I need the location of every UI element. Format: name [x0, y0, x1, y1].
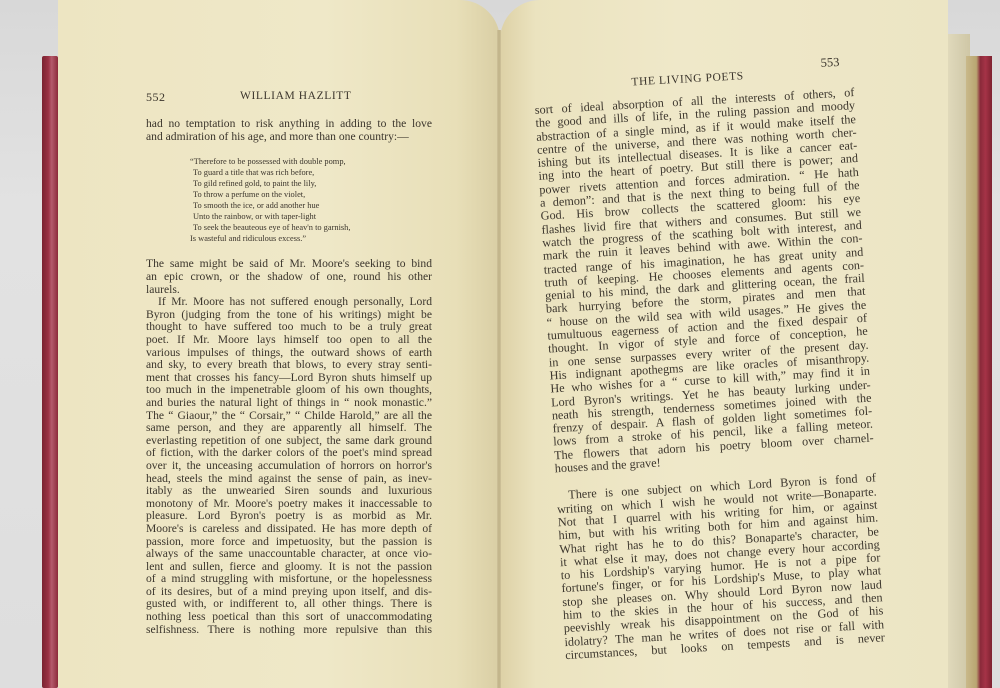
right-page-text: THE LIVING POETS 553 sort of ideal absor… — [532, 42, 885, 662]
text-line: nothing less poetical than this sort of … — [146, 611, 432, 624]
quote-line: To smooth the ice, or add another hue — [190, 201, 432, 212]
paragraph: There is one subject on which Lord Byron… — [556, 472, 885, 662]
text-line: same person, and they are apparently all… — [146, 422, 432, 435]
text-line: poet. If Mr. Moore lays himself too open… — [146, 334, 432, 347]
left-page-header: 552 WILLIAM HAZLITT — [146, 84, 432, 106]
text-line: and buries the natural light of things i… — [146, 397, 432, 410]
text-line: an epic crown, or the shadow of one, rou… — [146, 271, 432, 284]
quote-line: “Therefore to be possessed with double p… — [190, 157, 432, 168]
book-gutter — [497, 30, 501, 688]
text-line: always of the same unaccountable charact… — [146, 548, 432, 561]
text-line: had no temptation to risk anything in ad… — [146, 118, 432, 131]
left-page-text: 552 WILLIAM HAZLITT had no temptation to… — [146, 84, 432, 636]
text-line: over it, the unceasing accumulation of h… — [146, 460, 432, 473]
quote-line: Unto the rainbow, or with taper-light — [190, 212, 432, 223]
text-line: Moore's is careless and dissipated. He h… — [146, 523, 432, 536]
block-quotation: “Therefore to be possessed with double p… — [190, 157, 432, 244]
quote-line: To seek the beauteous eye of heav'n to g… — [190, 223, 432, 234]
paragraph: If Mr. Moore has not suffered enough per… — [146, 296, 432, 636]
text-line: selfishness. There is nothing more repul… — [146, 624, 432, 637]
book-cover-left-edge — [42, 56, 58, 688]
text-line: of a mind struggling with misfortune, or… — [146, 573, 432, 586]
text-line: and sky, to every breath that blows, to … — [146, 359, 432, 372]
quote-line: To guard a title that was rich before, — [190, 168, 432, 179]
paragraph: sort of ideal absorption of all the inte… — [534, 86, 874, 476]
quote-line: To throw a perfume on the violet, — [190, 190, 432, 201]
book-cover-right-edge — [966, 56, 992, 688]
quote-line: To gild refined gold, to paint the lily, — [190, 179, 432, 190]
text-line: itably as the unwearied Siren sounds and… — [146, 485, 432, 498]
opening-paragraph: had no temptation to risk anything in ad… — [146, 118, 432, 143]
text-line: and admiration of his age, and more than… — [146, 131, 432, 144]
page-number: 552 — [146, 90, 166, 105]
quote-line: Is wasteful and ridiculous excess.” — [190, 234, 432, 245]
page-number: 553 — [820, 55, 840, 71]
paragraph: The same might be said of Mr. Moore's se… — [146, 258, 432, 296]
text-line: If Mr. Moore has not suffered enough per… — [146, 296, 432, 309]
running-head: WILLIAM HAZLITT — [240, 90, 352, 102]
